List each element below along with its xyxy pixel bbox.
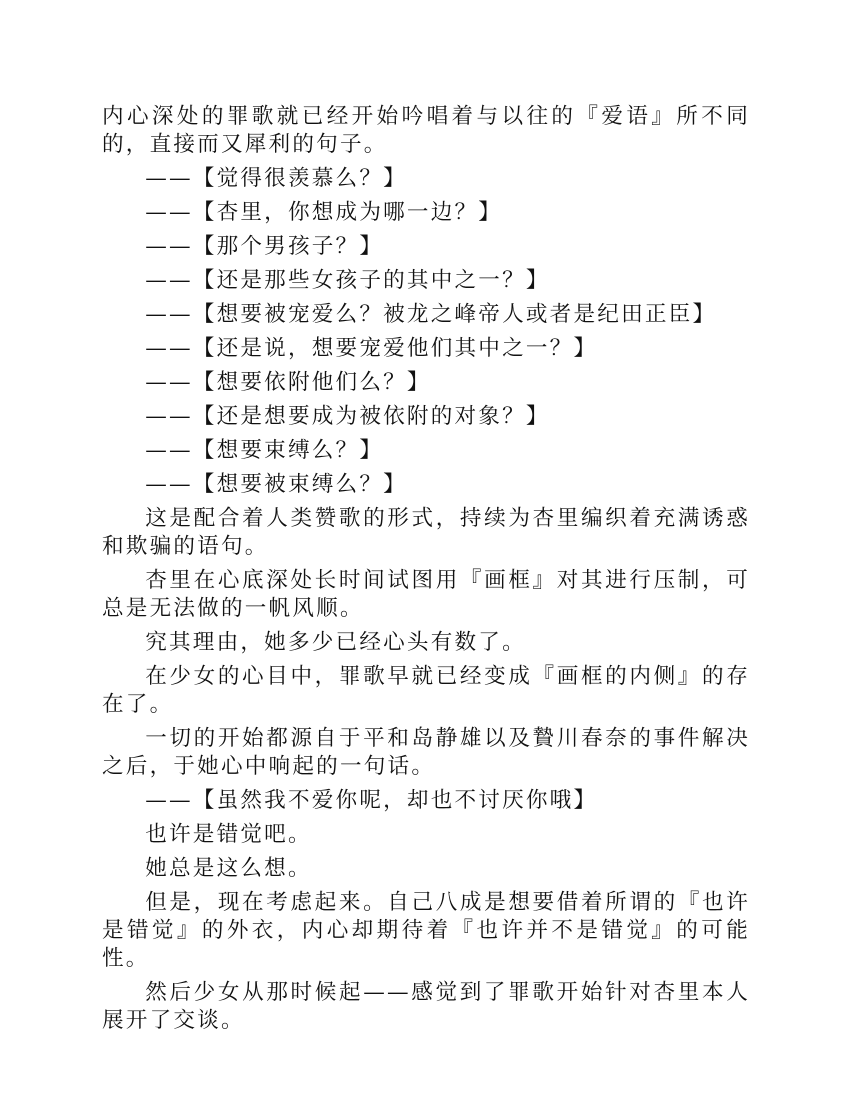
dialog-line: ——【还是说，想要宠爱他们其中之一？】 [102, 335, 750, 363]
paragraph-intro: 内心深处的罪歌就已经开始吟唱着与以往的『爱语』所不同的，直接而又犀利的句子。 [102, 103, 750, 159]
dialog-line: ——【想要被宠爱么？被龙之峰帝人或者是纪田正臣】 [102, 301, 750, 329]
paragraph: 但是，现在考虑起来。自己八成是想要借着所谓的『也许是错觉』的外衣，内心却期待着『… [102, 889, 750, 973]
paragraph: 这是配合着人类赞歌的形式，持续为杏里编织着充满诱惑和欺骗的语句。 [102, 505, 750, 561]
dialog-line: ——【想要束缚么？】 [102, 437, 750, 465]
dialog-line: ——【虽然我不爱你呢，却也不讨厌你哦】 [102, 787, 750, 815]
paragraph: 杏里在心底深处长时间试图用『画框』对其进行压制，可总是无法做的一帆风顺。 [102, 567, 750, 623]
dialog-line: ——【杏里，你想成为哪一边？】 [102, 199, 750, 227]
paragraph: 她总是这么想。 [102, 855, 750, 883]
paragraph: 在少女的心目中，罪歌早就已经变成『画框的内侧』的存在了。 [102, 663, 750, 719]
paragraph: 究其理由，她多少已经心头有数了。 [102, 629, 750, 657]
paragraph: 然后少女从那时候起——感觉到了罪歌开始针对杏里本人展开了交谈。 [102, 979, 750, 1035]
dialog-line: ——【想要依附他们么？】 [102, 369, 750, 397]
dialog-line: ——【想要被束缚么？】 [102, 471, 750, 499]
dialog-line: ——【那个男孩子？】 [102, 233, 750, 261]
paragraph: 一切的开始都源自于平和岛静雄以及贄川春奈的事件解决之后，于她心中响起的一句话。 [102, 725, 750, 781]
document-page: 内心深处的罪歌就已经开始吟唱着与以往的『爱语』所不同的，直接而又犀利的句子。 —… [102, 103, 750, 1041]
paragraph: 也许是错觉吧。 [102, 821, 750, 849]
dialog-line: ——【还是那些女孩子的其中之一？】 [102, 267, 750, 295]
dialog-line: ——【觉得很羡慕么？】 [102, 165, 750, 193]
dialog-line: ——【还是想要成为被依附的对象？】 [102, 403, 750, 431]
